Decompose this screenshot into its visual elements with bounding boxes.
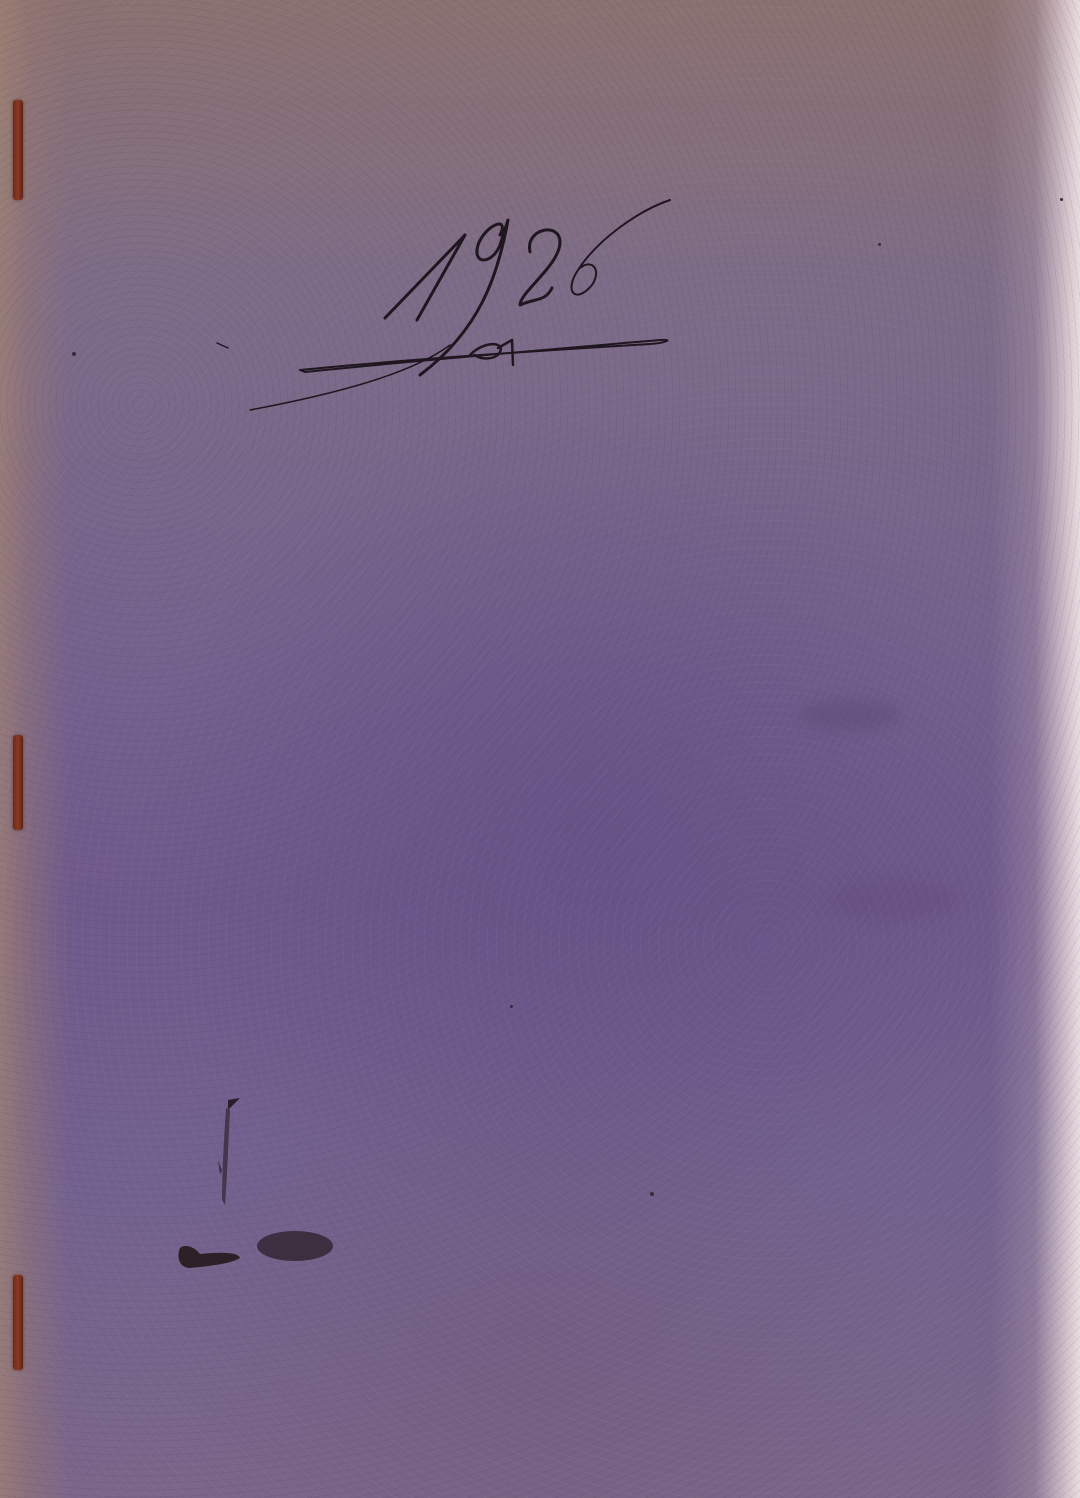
ink-stain — [160, 1080, 360, 1280]
notebook-cover: 1926 — [0, 0, 1080, 1498]
binding-stitch — [13, 1275, 23, 1370]
paper-crease — [830, 880, 960, 920]
paper-speck — [1060, 198, 1063, 201]
paper-speck — [510, 1005, 513, 1008]
paper-speck — [650, 1192, 654, 1196]
handwritten-year — [200, 180, 700, 420]
paper-speck — [72, 352, 76, 356]
binding-stitch — [13, 100, 23, 200]
paper-speck — [878, 243, 881, 246]
binding-stitch — [13, 735, 23, 830]
paper-crease — [800, 700, 900, 730]
